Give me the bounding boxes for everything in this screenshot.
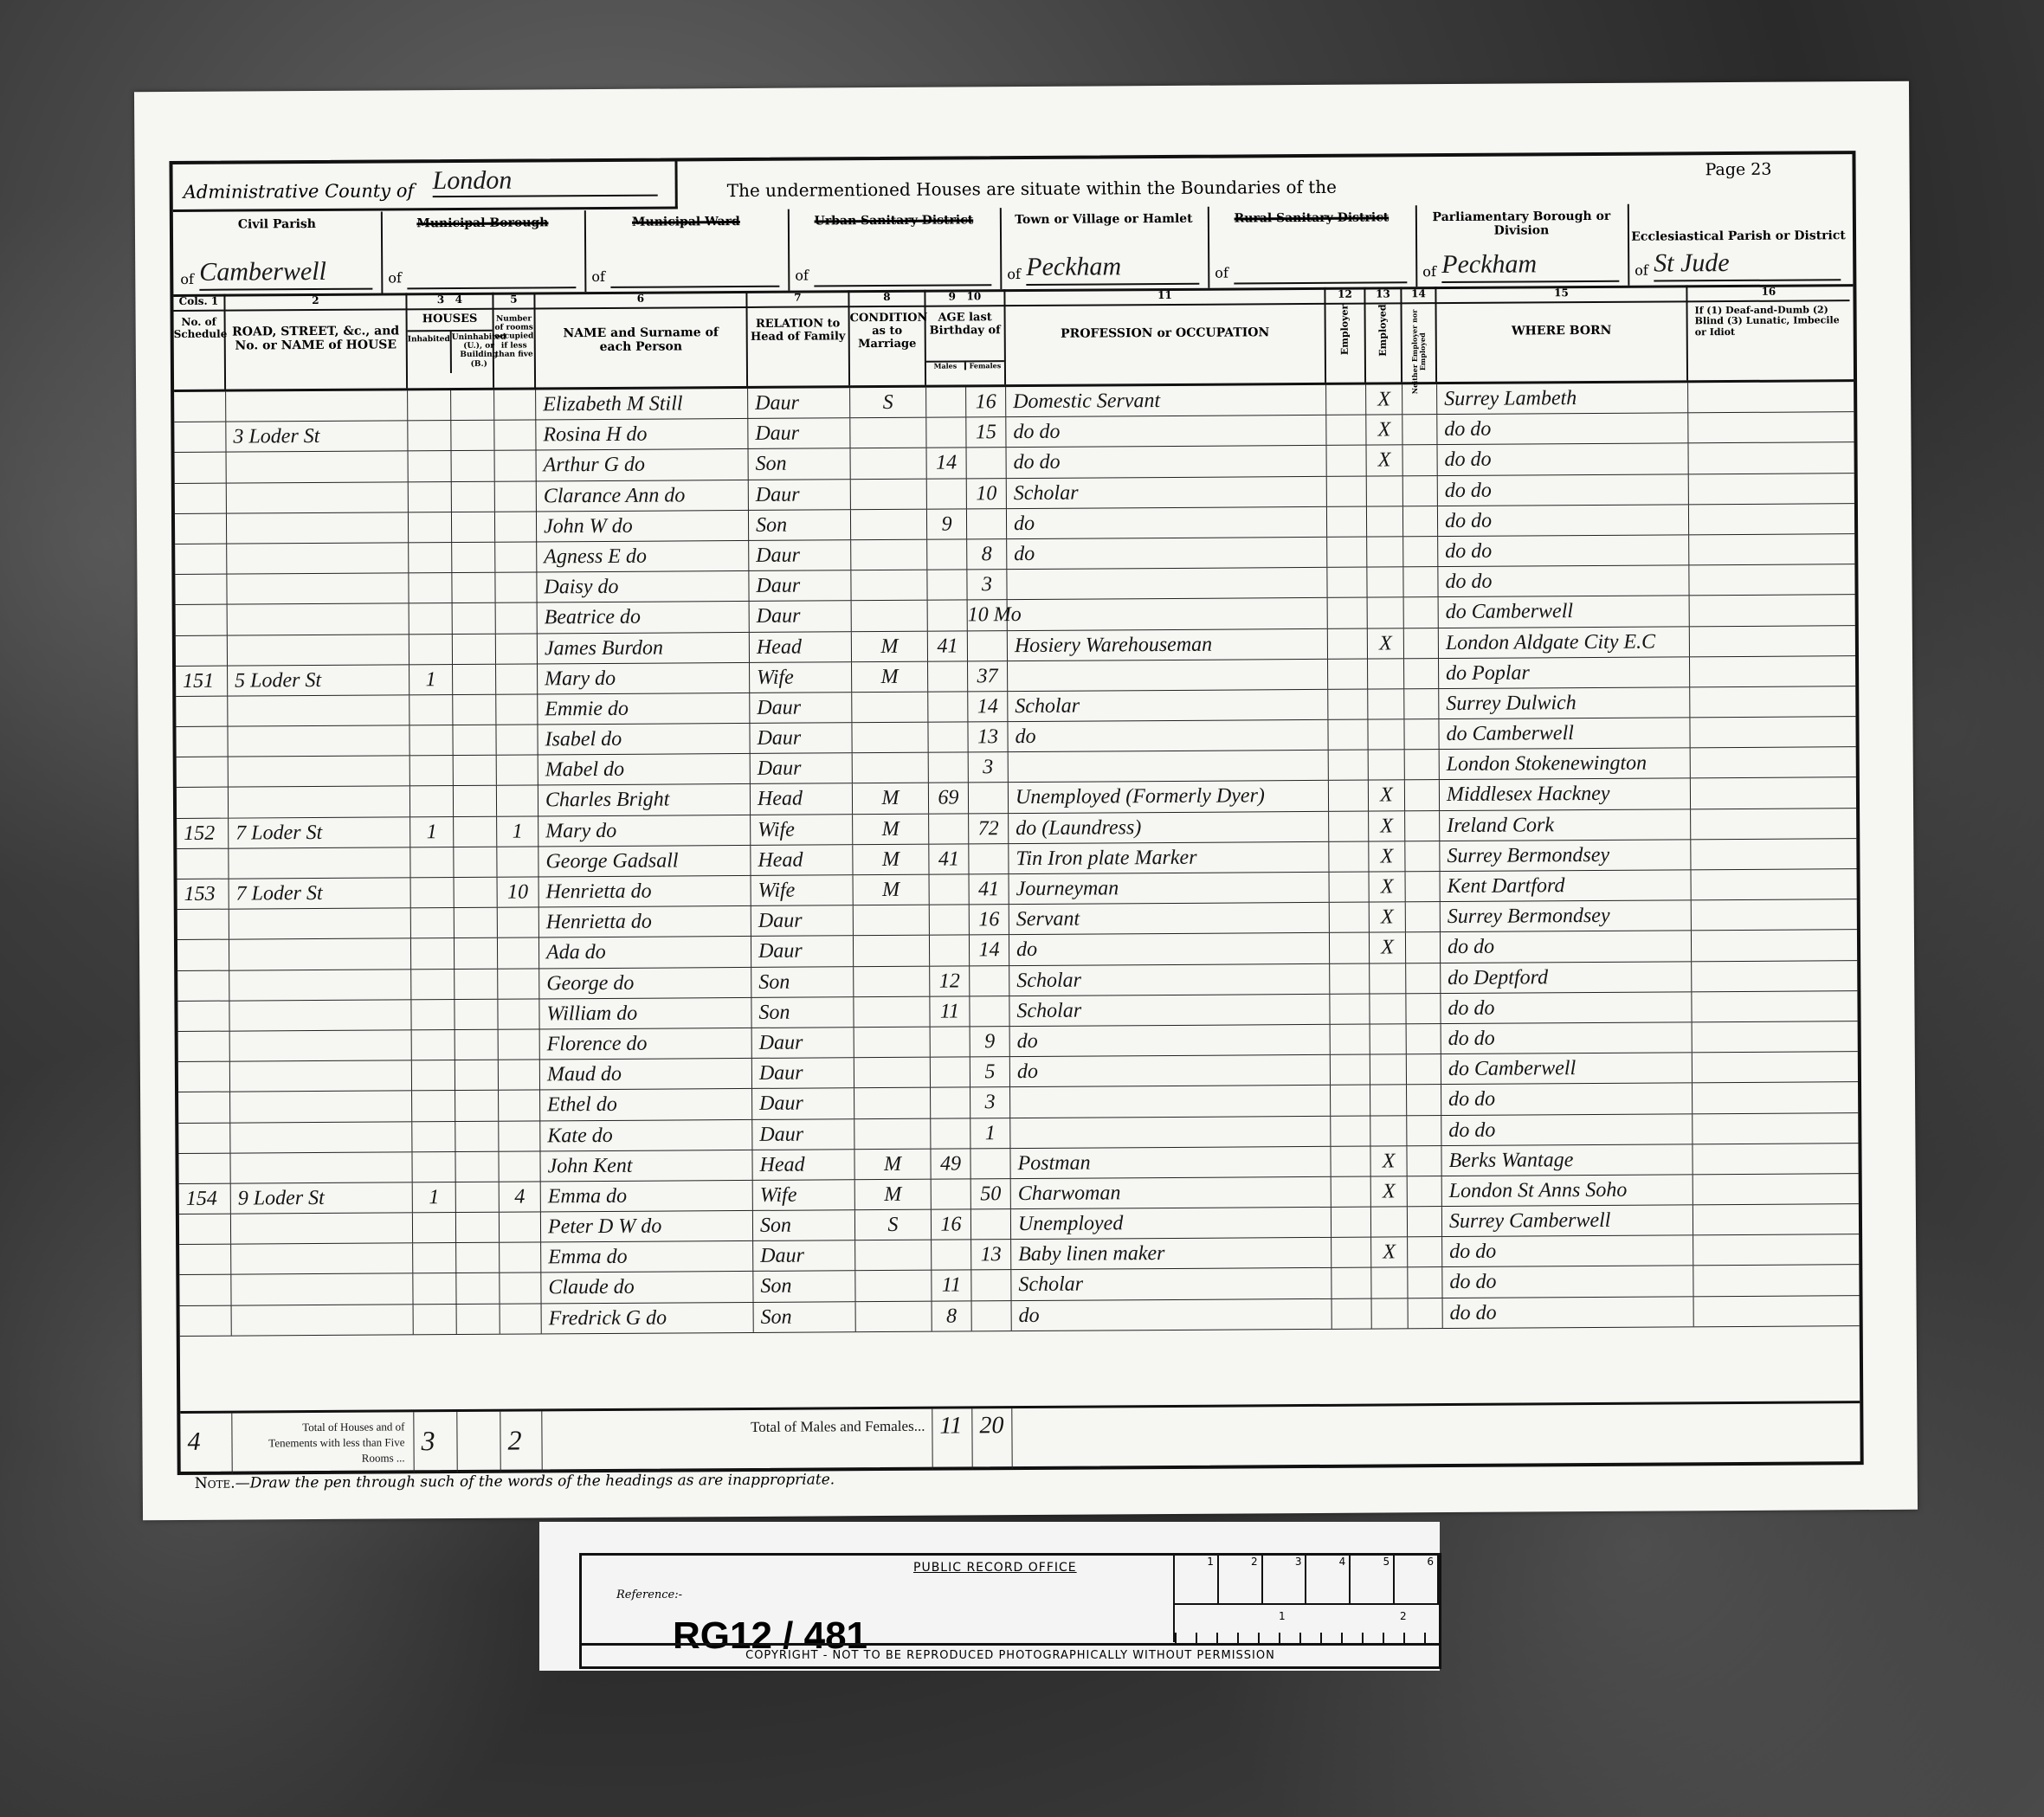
civil-parish: Civil Parish of Camberwell xyxy=(173,212,384,294)
cell-cond xyxy=(854,905,930,936)
cell-m xyxy=(929,753,969,783)
cell-f xyxy=(970,966,1009,995)
cell-inh xyxy=(408,390,451,420)
cell-rel: Son xyxy=(751,997,854,1028)
cell-rel: Son xyxy=(749,510,851,540)
cell-unin xyxy=(455,969,498,998)
cell-cond xyxy=(854,1028,931,1058)
cell-cond: M xyxy=(855,1180,932,1210)
cell-nei xyxy=(1406,963,1441,993)
cell-occ: do do xyxy=(1007,446,1327,477)
cell-name: Ethel do xyxy=(540,1089,752,1120)
cell-nei xyxy=(1406,872,1441,901)
cell-empd xyxy=(1367,506,1403,536)
cell-nei xyxy=(1404,597,1439,627)
cell-born: do do xyxy=(1442,1266,1693,1298)
cell-emp xyxy=(1331,1086,1370,1115)
cell-sched xyxy=(179,1275,231,1305)
cell-m: 49 xyxy=(931,1149,970,1178)
cell-occ: Unemployed (Formerly Dyer) xyxy=(1009,781,1329,812)
of-label: of xyxy=(388,269,402,286)
cell-addr xyxy=(229,757,410,787)
cell-rel: Son xyxy=(749,449,851,480)
cell-sched xyxy=(180,1305,232,1336)
cell-unin xyxy=(452,543,495,572)
totals-row: 4 Total of Houses and of Tenements with … xyxy=(180,1401,1860,1474)
cell-inh xyxy=(413,1243,456,1273)
of-label: of xyxy=(1215,265,1228,281)
cell-f: 16 xyxy=(970,905,1009,934)
cell-f xyxy=(968,631,1008,660)
reference-label: Reference:- xyxy=(616,1588,682,1601)
cell-sched xyxy=(178,1062,230,1092)
cell-m: 12 xyxy=(930,966,970,995)
cell-m xyxy=(932,1179,971,1208)
cell-sched: 153 xyxy=(177,880,229,910)
cell-rooms xyxy=(499,1060,540,1090)
cell-rel: Daur xyxy=(748,388,850,418)
cell-sched xyxy=(176,605,228,635)
cell-cond xyxy=(850,418,926,448)
cell-inf xyxy=(1689,564,1851,595)
cell-name: Peter D W do xyxy=(541,1211,753,1242)
of-label: of xyxy=(1007,266,1021,282)
cell-inf xyxy=(1689,474,1851,504)
cell-rel: Son xyxy=(753,1210,855,1240)
cell-occ xyxy=(1009,751,1329,782)
cell-name: Isabel do xyxy=(538,724,750,755)
cell-rooms: 1 xyxy=(497,816,538,846)
cell-m: 16 xyxy=(932,1209,971,1239)
cell-m xyxy=(928,692,968,721)
cell-nei xyxy=(1403,476,1438,506)
cell-cond xyxy=(851,479,927,509)
cell-unin xyxy=(452,573,495,602)
cell-rooms xyxy=(495,573,537,602)
census-entries: Elizabeth M StillDaurS16Domestic Servant… xyxy=(174,382,1860,1337)
cell-occ: Scholar xyxy=(1009,963,1330,995)
cell-born: London Stokenewington xyxy=(1440,749,1691,780)
parliamentary-value: Peckham xyxy=(1441,249,1619,283)
cell-inf xyxy=(1692,869,1854,899)
cell-addr xyxy=(228,635,409,665)
cell-occ xyxy=(1008,660,1328,691)
cell-m: 11 xyxy=(930,996,970,1026)
cell-born: do do xyxy=(1438,444,1689,475)
cell-rel: Daur xyxy=(752,1028,854,1058)
cell-cond xyxy=(852,601,928,631)
cell-cond xyxy=(851,570,927,601)
cell-inh xyxy=(410,786,454,815)
cell-nei xyxy=(1404,628,1439,658)
cell-m: 69 xyxy=(929,783,969,813)
cell-occ: Charwoman xyxy=(1011,1177,1332,1208)
cell-cond xyxy=(854,936,930,966)
cell-m xyxy=(932,1240,971,1270)
cell-born: do Camberwell xyxy=(1439,596,1690,628)
cell-emp xyxy=(1329,841,1369,871)
cell-rooms xyxy=(499,1029,540,1059)
cell-empd xyxy=(1371,1207,1408,1236)
cell-rel: Son xyxy=(754,1302,856,1332)
of-label: of xyxy=(591,268,605,285)
cell-born: do Deptford xyxy=(1441,962,1692,993)
cell-empd xyxy=(1368,659,1404,688)
col-relation: 7RELATION to Head of Family xyxy=(747,290,850,386)
cell-name: Rosina H do xyxy=(536,419,748,450)
cell-rooms: 4 xyxy=(500,1182,541,1211)
cell-f: 72 xyxy=(969,814,1009,843)
cell-addr xyxy=(230,1092,412,1122)
cell-addr xyxy=(226,390,408,421)
cell-occ xyxy=(1010,1116,1331,1147)
cell-rooms xyxy=(496,694,538,724)
cell-name: James Burdon xyxy=(538,632,750,663)
cell-empd: X xyxy=(1367,446,1403,475)
houses-total-label: Total of Houses and of Tenements with le… xyxy=(232,1412,414,1473)
col-occupation: 11PROFESSION or OCCUPATION xyxy=(1005,287,1326,384)
cell-rooms xyxy=(498,908,539,937)
cell-f xyxy=(970,1149,1010,1178)
cell-inh xyxy=(409,695,453,725)
cell-emp xyxy=(1332,1238,1371,1267)
census-form: Administrative County of London The unde… xyxy=(169,151,1863,1475)
cell-sched xyxy=(175,513,227,544)
cell-sched xyxy=(177,970,229,1001)
cell-empd: X xyxy=(1368,628,1404,658)
cell-inf xyxy=(1691,809,1853,839)
cell-f xyxy=(972,1301,1012,1331)
of-label: of xyxy=(1422,263,1436,280)
cell-unin xyxy=(453,603,496,633)
cell-sched xyxy=(177,757,229,788)
cell-unin xyxy=(456,1182,500,1212)
cell-emp xyxy=(1326,416,1366,445)
cell-m xyxy=(928,601,968,630)
cell-nei xyxy=(1408,1207,1442,1236)
cell-nei xyxy=(1407,1116,1441,1145)
cell-unin xyxy=(456,1243,500,1273)
cell-name: Agness E do xyxy=(537,541,749,572)
ecclesiastical-label: Ecclesiastical Parish or District xyxy=(1628,229,1849,244)
cell-inf xyxy=(1690,686,1852,717)
cell-rooms xyxy=(494,390,536,419)
cell-name: Emma do xyxy=(541,1181,753,1212)
cell-rooms xyxy=(499,1091,540,1120)
cell-rel: Daur xyxy=(748,418,850,448)
cell-f xyxy=(970,996,1009,1026)
cell-rooms xyxy=(500,1304,542,1333)
cell-occ: Scholar xyxy=(1007,476,1327,507)
cell-addr xyxy=(227,512,409,543)
town-village-hamlet: Town or Village or Hamlet of Peckham xyxy=(1000,207,1210,289)
age-group-label: AGE last Birthday of xyxy=(926,306,1004,361)
cell-cond: M xyxy=(853,844,929,874)
cell-born: do do xyxy=(1441,931,1692,963)
cell-rel: Daur xyxy=(752,1058,854,1088)
cell-unin xyxy=(453,725,496,755)
cell-inh: 1 xyxy=(410,817,454,847)
cell-emp xyxy=(1326,385,1366,415)
cell-sched xyxy=(177,940,229,970)
cell-nei xyxy=(1407,1054,1441,1084)
cell-sched xyxy=(179,1245,231,1275)
cell-occ xyxy=(1010,1086,1331,1117)
cell-nei xyxy=(1407,1085,1441,1114)
rural-sanitary-district: Rural Sanitary District of xyxy=(1208,205,1418,287)
cell-m xyxy=(928,722,968,751)
cell-occ: Domestic Servant xyxy=(1006,385,1326,416)
cell-f: 13 xyxy=(971,1240,1011,1269)
cell-rel: Daur xyxy=(749,480,851,510)
cell-born: do do xyxy=(1442,1236,1693,1267)
municipal-borough-label: Municipal Borough xyxy=(381,216,584,230)
column-headers: Cols. 1No. of Schedule 2ROAD, STREET, &c… xyxy=(173,284,1854,392)
cell-inf xyxy=(1692,931,1854,961)
cell-m xyxy=(927,479,967,508)
cell-cond xyxy=(856,1301,932,1331)
cell-nei xyxy=(1405,750,1440,779)
cell-rooms xyxy=(495,542,537,571)
cell-rooms xyxy=(494,421,536,450)
cell-addr xyxy=(230,1060,412,1091)
cell-rel: Son xyxy=(751,967,854,997)
cell-rel: Daur xyxy=(749,540,851,570)
cell-name: Emma do xyxy=(541,1241,753,1273)
cell-inh: 1 xyxy=(409,665,453,694)
cell-m: 9 xyxy=(927,509,967,538)
cell-nei xyxy=(1406,994,1441,1023)
cell-emp xyxy=(1328,659,1368,688)
cell-rooms xyxy=(495,481,537,511)
cell-m xyxy=(931,1118,970,1148)
cell-emp xyxy=(1328,720,1368,750)
cell-unin xyxy=(456,1213,500,1242)
cell-occ: do xyxy=(1010,1055,1331,1086)
cell-addr xyxy=(229,909,411,939)
cell-born: do do xyxy=(1441,1022,1693,1053)
cell-sched: 154 xyxy=(179,1183,231,1214)
cell-rel: Head xyxy=(752,1150,854,1180)
cell-m xyxy=(926,387,966,416)
cell-cond xyxy=(852,723,928,753)
scale-ruler: 123456 12 xyxy=(1173,1556,1439,1642)
cell-emp xyxy=(1327,446,1367,475)
cell-unin xyxy=(454,786,497,815)
cell-f: 16 xyxy=(966,387,1006,416)
cell-unin xyxy=(455,1091,499,1120)
cell-sched xyxy=(177,910,229,940)
page-label: Page 23 xyxy=(1705,160,1771,179)
cell-inf xyxy=(1693,1204,1855,1234)
cell-nei xyxy=(1404,689,1439,718)
town-value: Peckham xyxy=(1026,252,1199,286)
cell-inf xyxy=(1693,1144,1854,1174)
cell-name: Mabel do xyxy=(538,754,751,785)
form-header: Administrative County of London The unde… xyxy=(172,154,1853,297)
cell-rooms xyxy=(498,999,539,1028)
parliamentary-borough: Parliamentary Borough or Division of Pec… xyxy=(1415,204,1630,287)
cell-emp xyxy=(1328,689,1368,718)
cell-unin xyxy=(455,1060,499,1090)
cell-empd xyxy=(1371,1268,1408,1298)
cell-unin xyxy=(454,756,497,785)
cell-m xyxy=(931,1027,970,1056)
cell-m xyxy=(926,418,966,448)
cell-cond: M xyxy=(854,1149,931,1179)
cell-addr xyxy=(229,1000,411,1030)
cell-occ: do xyxy=(1008,720,1328,751)
cell-f xyxy=(971,1209,1011,1239)
cell-emp xyxy=(1328,598,1368,628)
cell-cond xyxy=(851,540,927,570)
cell-empd xyxy=(1367,537,1403,566)
cell-rel: Head xyxy=(751,784,853,815)
cell-addr xyxy=(231,1213,413,1243)
cell-occ: Scholar xyxy=(1008,690,1328,721)
cell-occ: Scholar xyxy=(1011,1268,1332,1299)
cell-unin xyxy=(452,512,495,541)
cell-unin xyxy=(451,390,494,420)
cell-inh xyxy=(411,1000,455,1029)
cell-m xyxy=(930,936,970,965)
cell-inh xyxy=(409,482,452,512)
boundaries-text: The undermentioned Houses are situate wi… xyxy=(727,177,1337,201)
cell-sched xyxy=(174,392,226,422)
cell-name: Mary do xyxy=(538,815,751,847)
cell-cond xyxy=(854,1118,931,1149)
cell-unin xyxy=(451,421,494,450)
cell-inf xyxy=(1693,1113,1854,1144)
col-employed: 13Employed xyxy=(1365,287,1402,382)
cell-empd xyxy=(1370,994,1406,1023)
cell-name: Mary do xyxy=(538,663,750,694)
cell-name: William do xyxy=(539,998,751,1029)
cell-inf xyxy=(1690,656,1852,686)
cell-rel: Daur xyxy=(751,753,853,783)
cell-rel: Head xyxy=(751,845,853,875)
cell-born: do do xyxy=(1438,505,1689,536)
cell-nei xyxy=(1408,1268,1442,1298)
cell-nei xyxy=(1404,719,1439,749)
cell-nei xyxy=(1403,445,1438,474)
cell-sched xyxy=(177,848,229,879)
civil-parish-value: Camberwell xyxy=(199,257,372,291)
municipal-ward: Municipal Ward of xyxy=(584,209,790,292)
cell-name: Ada do xyxy=(539,937,751,968)
cell-empd: X xyxy=(1366,384,1402,414)
ecclesiastical-parish: Ecclesiastical Parish or District of St … xyxy=(1628,203,1850,286)
cell-inh xyxy=(409,725,453,755)
cell-empd: X xyxy=(1369,811,1405,841)
cell-cond: M xyxy=(853,783,929,814)
cell-addr xyxy=(229,787,410,817)
cell-f: 41 xyxy=(970,874,1009,904)
cell-rooms xyxy=(497,786,538,815)
cell-name: Charles Bright xyxy=(538,784,751,815)
cell-inf xyxy=(1691,747,1853,777)
col-rooms: 5Number of rooms occupied if less than f… xyxy=(493,292,536,387)
total-tenements: 2 xyxy=(500,1411,542,1472)
cell-sched xyxy=(178,1123,230,1153)
cell-m xyxy=(930,905,970,935)
cell-f xyxy=(969,844,1009,873)
cell-empd: X xyxy=(1370,903,1406,932)
cell-f: 37 xyxy=(968,661,1008,691)
cell-born: do do xyxy=(1441,992,1692,1023)
cell-emp xyxy=(1329,751,1369,780)
cell-empd: X xyxy=(1369,841,1405,871)
cell-name: John W do xyxy=(537,511,749,542)
total-schedules: 4 xyxy=(180,1414,232,1474)
cell-m: 11 xyxy=(932,1271,971,1300)
col-houses: 3 4 HOUSES InhabitedUninhabited (U.), or… xyxy=(407,293,494,389)
cell-inf xyxy=(1690,626,1852,656)
cell-empd xyxy=(1370,1024,1407,1053)
cell-sched xyxy=(175,483,227,513)
cell-empd xyxy=(1367,567,1403,596)
cell-cond xyxy=(854,1088,931,1118)
cell-rooms xyxy=(495,451,537,480)
cell-sched xyxy=(175,544,227,575)
cell-addr xyxy=(229,847,410,878)
cell-f xyxy=(967,448,1007,478)
cell-born: do do xyxy=(1441,1084,1693,1115)
cell-rooms xyxy=(496,634,538,663)
cell-name: George Gadsall xyxy=(538,846,751,877)
cell-inf xyxy=(1691,839,1853,869)
cell-occ: do do xyxy=(1006,416,1326,447)
cell-sched: 152 xyxy=(177,818,229,848)
cell-cond: M xyxy=(852,631,928,661)
cell-name: John Kent xyxy=(540,1150,752,1182)
cell-f xyxy=(971,1271,1011,1300)
cell-sched xyxy=(178,1153,230,1183)
cell-addr: 3 Loder St xyxy=(226,422,408,452)
cell-inh xyxy=(413,1213,456,1242)
cell-addr xyxy=(227,452,409,482)
cell-emp xyxy=(1329,781,1369,810)
cell-addr xyxy=(228,604,409,635)
cell-inh xyxy=(411,878,455,907)
cell-addr xyxy=(228,695,409,725)
cell-rel: Wife xyxy=(750,662,852,693)
cell-addr xyxy=(229,939,411,970)
cell-born: London Aldgate City E.C xyxy=(1439,627,1690,658)
cell-sched xyxy=(176,635,228,666)
cell-empd: X xyxy=(1371,1176,1408,1206)
cell-addr: 7 Loder St xyxy=(229,878,411,908)
cell-empd: X xyxy=(1370,872,1406,901)
cell-empd xyxy=(1372,1298,1409,1328)
cell-f: 1 xyxy=(970,1118,1010,1148)
cell-born: Middlesex Hackney xyxy=(1440,779,1691,810)
cell-inh: 1 xyxy=(413,1182,456,1212)
col-name: 6NAME and Surname of each Person xyxy=(535,291,748,387)
cell-rel: Daur xyxy=(750,693,852,723)
cell-inf xyxy=(1692,961,1854,991)
cell-inf xyxy=(1691,778,1853,809)
cell-born: Surrey Camberwell xyxy=(1442,1205,1693,1236)
cell-emp xyxy=(1327,476,1367,506)
cell-rooms xyxy=(497,847,538,876)
cell-born: do Camberwell xyxy=(1441,1053,1693,1084)
cell-emp xyxy=(1327,568,1367,597)
cell-occ xyxy=(1008,598,1328,629)
cell-born: Surrey Bermondsey xyxy=(1441,900,1692,931)
cell-emp xyxy=(1330,873,1370,902)
cell-name: George do xyxy=(539,968,751,999)
